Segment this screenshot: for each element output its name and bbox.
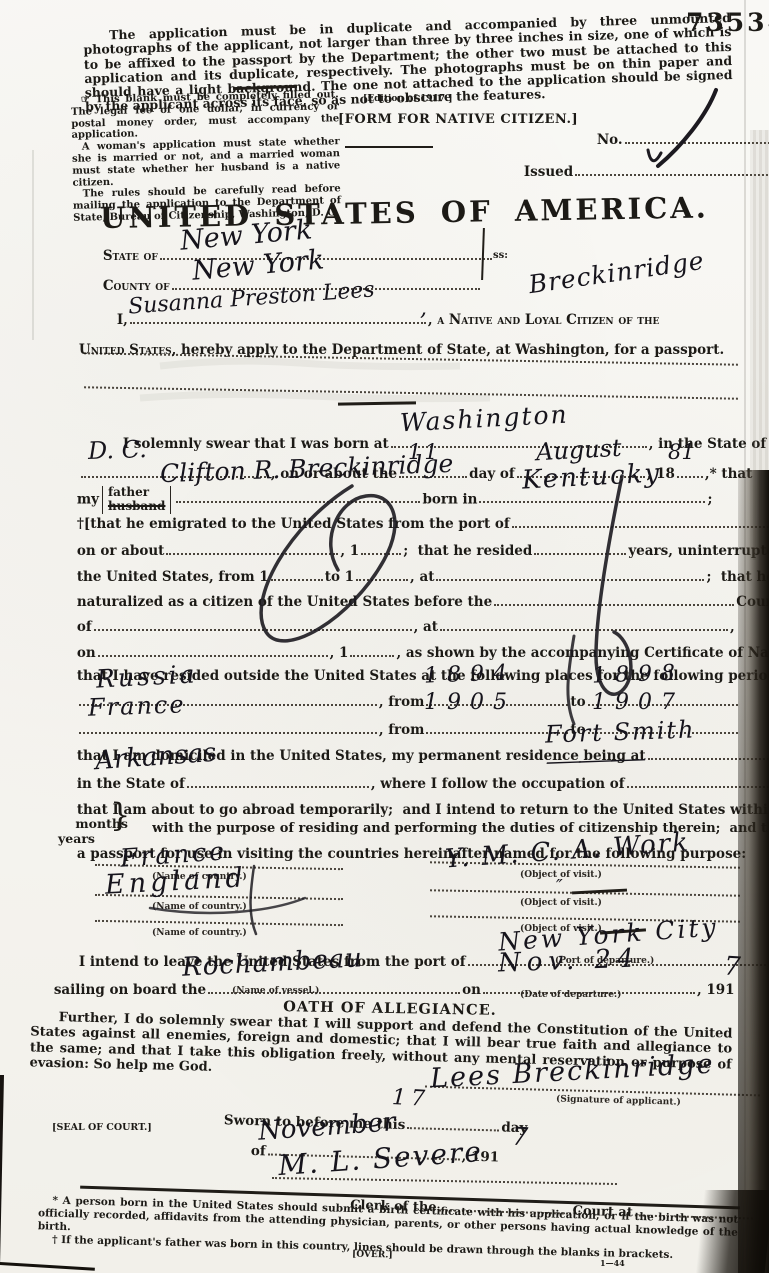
issued-blank <box>575 172 769 176</box>
scan-edge-left-line <box>0 1075 4 1273</box>
brace-glyph: } <box>110 796 130 834</box>
hw-birth-year: 81 <box>668 440 695 464</box>
ss-label: ss: <box>493 250 508 261</box>
hw-from-1: 1894 <box>424 660 517 688</box>
country-label-2: (Name of country.) <box>152 902 247 912</box>
hw-margin-surname: Breckinridge <box>527 246 706 299</box>
hw-departure-date: Nov. 24 <box>498 944 641 979</box>
form-type-label: [FORM FOR NATIVE CITIZEN.] <box>338 112 578 127</box>
note-woman: A woman's application must state whether… <box>72 136 341 189</box>
hw-residence: Fort Smith <box>545 715 696 748</box>
country-label-3: (Name of country.) <box>152 928 247 938</box>
signature-label: (Signature of applicant.) <box>556 1094 681 1107</box>
object-label-2: (Object of visit.) <box>520 898 602 908</box>
note-fee: ☞ This blank must be completely filled o… <box>71 89 340 142</box>
on-label: on <box>462 982 481 998</box>
name-blank <box>130 320 426 324</box>
vessel-label: (Name of vessel.) <box>232 986 319 996</box>
hw-occupation: ——— <box>545 747 643 775</box>
date-label: (Date of departure.) <box>520 990 621 1000</box>
scan-crease-right <box>744 0 746 1273</box>
hw-to-1: 1898 <box>592 660 685 688</box>
hw-born-state: D. C. <box>88 435 148 465</box>
hw-comma: , <box>420 296 427 321</box>
bleed-smudge-2 <box>140 394 490 398</box>
apply-clause-sc: United States, <box>79 342 176 358</box>
short-dash <box>338 401 416 405</box>
passport-application-scan: 73534 The application must be in duplica… <box>0 0 769 1273</box>
hw-sworn-day: 17 <box>391 1085 430 1112</box>
country-line-3 <box>95 920 343 926</box>
plate-code: 1—44 <box>600 1258 625 1268</box>
edition-label: [Edition of 1917.] <box>363 94 453 104</box>
divider-form-type <box>345 146 433 148</box>
hw-object-2-ditto: ″ <box>556 876 563 897</box>
scan-edge-right-band <box>738 470 769 1273</box>
apply-clause: hereby apply to the Department of State,… <box>176 342 724 358</box>
hw-place-1: Russia <box>95 659 198 693</box>
apply-row: United States, hereby apply to the Depar… <box>60 326 724 374</box>
scan-edge-bottom-left <box>0 1262 95 1270</box>
over-label: [OVER.] <box>352 1250 393 1261</box>
no-blank <box>625 140 769 144</box>
pointing-hand-icon: ☞ <box>81 94 90 105</box>
departure-l2: sailing on board the <box>54 982 206 998</box>
issued-label: Issued <box>524 164 573 180</box>
note-fee-text: This blank must be completely filled out… <box>71 89 339 141</box>
blank-line-2 <box>84 386 738 399</box>
hw-sworn-year: 7 <box>511 1122 528 1152</box>
issued-row: Issued <box>505 148 769 196</box>
relation-father: father <box>108 485 149 499</box>
hw-to-2: 1907 <box>592 690 684 715</box>
hw-country-2: England <box>104 862 247 900</box>
scan-streak-left <box>32 150 34 340</box>
seal-label: [SEAL OF COURT.] <box>52 1122 152 1133</box>
hw-place-2: France <box>88 690 186 721</box>
no-label: No. <box>597 132 623 148</box>
departure-year-printed: , 191 <box>697 982 735 998</box>
hw-from-2: 1905 <box>424 690 516 715</box>
scan-edge-right-bottom <box>696 1190 769 1273</box>
